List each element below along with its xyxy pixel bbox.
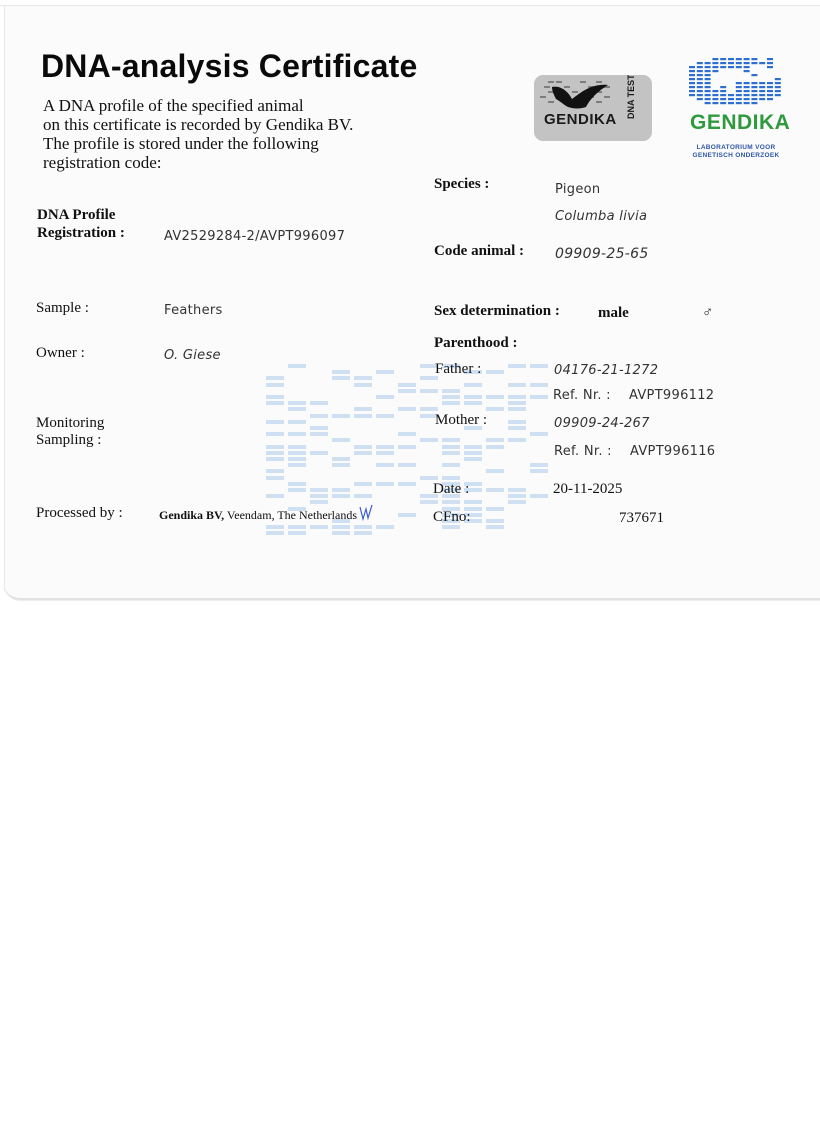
watermark-band: [310, 414, 328, 418]
watermark-band: [442, 476, 460, 480]
watermark-band: [508, 494, 526, 498]
watermark-band: [332, 376, 350, 380]
watermark-band: [376, 463, 394, 467]
mother-ref: AVPT996116: [630, 444, 715, 459]
code-animal-label: Code animal :: [434, 243, 524, 260]
watermark-band: [332, 370, 350, 374]
watermark-band: [310, 426, 328, 430]
watermark-band: [354, 531, 372, 535]
watermark-band: [442, 463, 460, 467]
sex-value: male: [598, 305, 629, 322]
watermark-band: [288, 531, 306, 535]
watermark-band: [310, 500, 328, 504]
watermark-band: [310, 488, 328, 492]
watermark-band: [376, 451, 394, 455]
logo-subtitle-line: GENETISCH ONDERZOEK: [690, 152, 782, 160]
watermark-band: [508, 420, 526, 424]
watermark-band: [288, 420, 306, 424]
watermark-band: [464, 383, 482, 387]
intro-line: A DNA profile of the specified animal: [43, 96, 383, 115]
watermark-band: [288, 364, 306, 368]
intro-line: The profile is stored under the followin…: [43, 134, 383, 153]
watermark-band: [266, 432, 284, 436]
father-label: Father :: [435, 361, 481, 378]
watermark-band: [420, 389, 438, 393]
watermark-band: [442, 438, 460, 442]
watermark-band: [310, 432, 328, 436]
watermark-band: [420, 438, 438, 442]
watermark-band: [398, 463, 416, 467]
watermark-band: [332, 414, 350, 418]
watermark-band: [486, 370, 504, 374]
watermark-band: [376, 370, 394, 374]
watermark-band: [486, 519, 504, 523]
watermark-band: [508, 438, 526, 442]
watermark-band: [354, 376, 372, 380]
watermark-band: [420, 500, 438, 504]
badge-brand: GENDIKA: [544, 111, 617, 128]
watermark-band: [486, 469, 504, 473]
watermark-band: [288, 482, 306, 486]
processed-by-location: Veendam, The Netherlands: [224, 508, 357, 522]
watermark-band: [310, 494, 328, 498]
watermark-band: [376, 525, 394, 529]
mother-label: Mother :: [435, 412, 487, 429]
intro-line: on this certificate is recorded by Gendi…: [43, 115, 383, 134]
watermark-band: [442, 389, 460, 393]
cfno-value: 737671: [619, 510, 664, 527]
watermark-band: [398, 383, 416, 387]
watermark-band: [508, 364, 526, 368]
registration-value: AV2529284-2/AVPT996097: [164, 229, 345, 244]
watermark-band: [266, 476, 284, 480]
watermark-band: [508, 488, 526, 492]
father-ref: AVPT996112: [629, 388, 714, 403]
watermark-band: [508, 500, 526, 504]
badge-side-label-wrap: DNA TESTED: [626, 79, 646, 137]
watermark-band: [508, 401, 526, 405]
watermark-band: [486, 445, 504, 449]
watermark-band: [310, 525, 328, 529]
watermark-band: [266, 451, 284, 455]
watermark-band: [442, 451, 460, 455]
date-label: Date :: [433, 481, 469, 498]
watermark-band: [376, 414, 394, 418]
watermark-band: [332, 488, 350, 492]
watermark-band: [354, 414, 372, 418]
logo-subtitle-line: LABORATORIUM VOOR: [690, 144, 782, 152]
processed-by-value: Gendika BV, Veendam, The Netherlands: [159, 508, 357, 523]
watermark-band: [332, 463, 350, 467]
watermark-band: [398, 389, 416, 393]
parenthood-label: Parenthood :: [434, 335, 517, 352]
page-left-edge: [4, 6, 5, 591]
watermark-band: [530, 494, 548, 498]
dna-tested-badge: GENDIKA DNA TESTED: [534, 75, 652, 141]
watermark-band: [354, 407, 372, 411]
watermark-band: [486, 525, 504, 529]
watermark-band: [508, 426, 526, 430]
sample-label: Sample :: [36, 300, 89, 317]
watermark-band: [266, 457, 284, 461]
watermark-band: [288, 488, 306, 492]
sample-value: Feathers: [164, 303, 223, 318]
logo-subtitle: LABORATORIUM VOOR GENETISCH ONDERZOEK: [690, 144, 782, 160]
watermark-band: [266, 401, 284, 405]
watermark-band: [266, 376, 284, 380]
gendika-g-logo-icon: [688, 54, 782, 110]
watermark-band: [508, 383, 526, 387]
watermark-band: [420, 476, 438, 480]
watermark-band: [530, 383, 548, 387]
watermark-band: [288, 457, 306, 461]
watermark-band: [530, 463, 548, 467]
watermark-band: [398, 432, 416, 436]
watermark-band: [266, 531, 284, 535]
watermark-band: [398, 407, 416, 411]
watermark-band: [288, 432, 306, 436]
species-latin: Columba livia: [555, 209, 647, 224]
mother-ref-label: Ref. Nr. :: [554, 444, 612, 459]
watermark-band: [420, 407, 438, 411]
watermark-band: [398, 513, 416, 517]
watermark-band: [266, 420, 284, 424]
watermark-band: [464, 395, 482, 399]
watermark-band: [376, 445, 394, 449]
watermark-band: [332, 525, 350, 529]
watermark-band: [354, 525, 372, 529]
watermark-band: [530, 364, 548, 368]
watermark-band: [266, 525, 284, 529]
certificate-title: DNA-analysis Certificate: [41, 48, 418, 85]
registration-label-line2: Registration :: [37, 225, 125, 242]
watermark-band: [398, 482, 416, 486]
watermark-band: [486, 407, 504, 411]
watermark-band: [508, 395, 526, 399]
watermark-band: [354, 445, 372, 449]
watermark-band: [332, 494, 350, 498]
watermark-band: [464, 457, 482, 461]
owner-value: O. Giese: [164, 348, 221, 363]
watermark-band: [442, 401, 460, 405]
species-common: Pigeon: [555, 182, 600, 197]
owner-label: Owner :: [36, 345, 85, 362]
watermark-band: [486, 507, 504, 511]
sex-label: Sex determination :: [434, 303, 560, 320]
watermark-band: [398, 445, 416, 449]
watermark-band: [288, 445, 306, 449]
watermark-band: [266, 395, 284, 399]
processed-by-company: Gendika BV,: [159, 508, 224, 522]
watermark-band: [288, 525, 306, 529]
watermark-band: [266, 383, 284, 387]
mother-code: 09909-24-267: [554, 416, 650, 431]
watermark-band: [530, 395, 548, 399]
watermark-band: [442, 500, 460, 504]
watermark-band: [354, 383, 372, 387]
species-label: Species :: [434, 176, 489, 193]
watermark-band: [354, 494, 372, 498]
watermark-band: [464, 401, 482, 405]
signature-mark-icon: [358, 503, 374, 521]
intro-line: registration code:: [43, 153, 383, 172]
watermark-band: [310, 401, 328, 405]
watermark-band: [354, 451, 372, 455]
watermark-band: [376, 482, 394, 486]
watermark-band: [486, 395, 504, 399]
monitoring-label-line1: Monitoring: [36, 415, 104, 432]
watermark-band: [288, 463, 306, 467]
badge-side-label: DNA TESTED: [626, 75, 636, 119]
watermark-band: [442, 445, 460, 449]
cfno-label: CFno:: [433, 509, 471, 526]
watermark-band: [354, 482, 372, 486]
watermark-band: [486, 438, 504, 442]
watermark-band: [464, 451, 482, 455]
watermark-band: [530, 469, 548, 473]
monitoring-label-line2: Sampling :: [36, 432, 101, 449]
watermark-band: [442, 395, 460, 399]
watermark-band: [288, 407, 306, 411]
watermark-band: [266, 494, 284, 498]
logo-name: GENDIKA: [690, 111, 790, 135]
certificate-intro: A DNA profile of the specified animal on…: [43, 96, 383, 172]
watermark-band: [464, 445, 482, 449]
watermark-band: [486, 488, 504, 492]
father-ref-label: Ref. Nr. :: [553, 388, 611, 403]
watermark-band: [310, 451, 328, 455]
watermark-band: [376, 395, 394, 399]
date-value: 20-11-2025: [553, 481, 622, 498]
watermark-band: [288, 401, 306, 405]
watermark-band: [464, 500, 482, 504]
watermark-band: [332, 457, 350, 461]
male-symbol-icon: ♂: [702, 305, 713, 322]
watermark-band: [530, 432, 548, 436]
father-code: 04176-21-1272: [554, 363, 658, 378]
code-animal-value: 09909-25-65: [555, 246, 649, 262]
watermark-band: [266, 469, 284, 473]
registration-label-line1: DNA Profile: [37, 207, 115, 224]
watermark-band: [508, 407, 526, 411]
watermark-band: [266, 445, 284, 449]
processed-by-label: Processed by :: [36, 505, 123, 522]
watermark-band: [288, 451, 306, 455]
watermark-band: [332, 531, 350, 535]
watermark-band: [332, 438, 350, 442]
